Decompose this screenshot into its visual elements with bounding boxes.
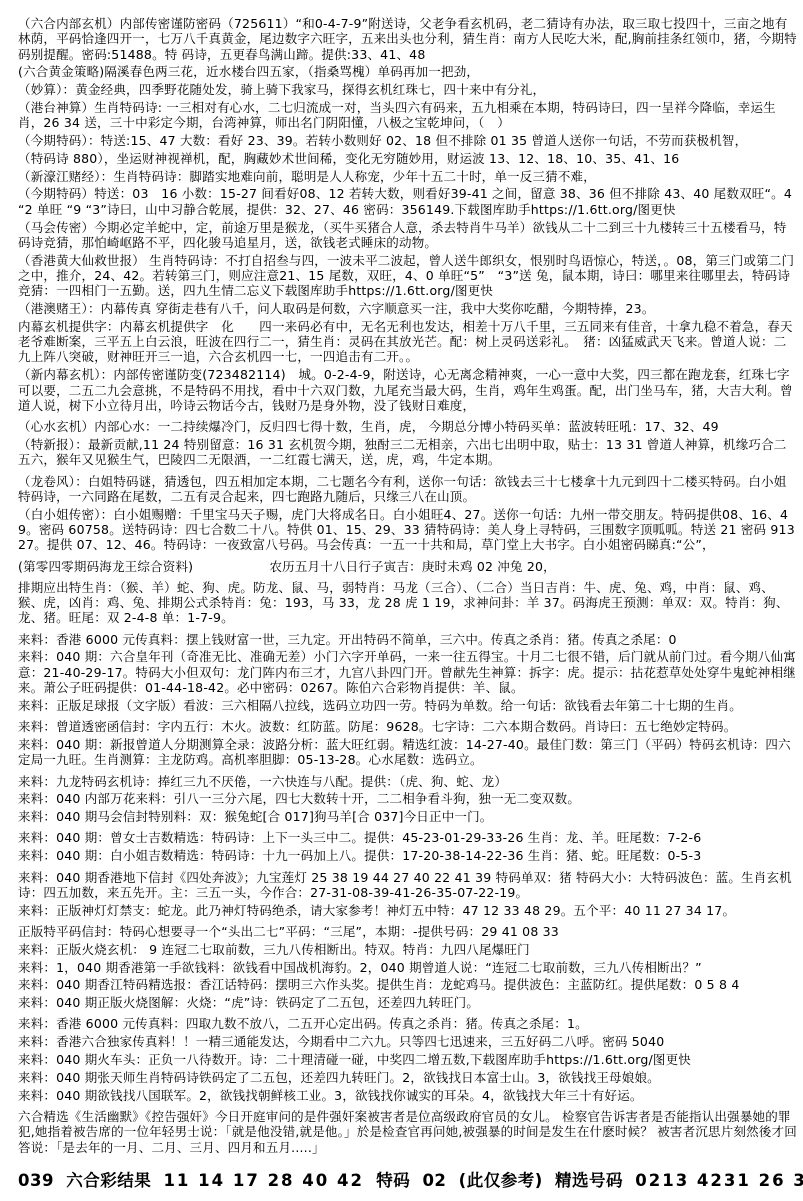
text-line: （特码诗 880），坐运财神视禅机，配，胸藏妙术世间稀，变化无穷随妙用，财运波 … bbox=[18, 151, 797, 166]
selected-numbers-label: 精选号码 bbox=[555, 1171, 623, 1190]
lottery-result-line: 039 六合彩结果 11 14 17 28 40 42 特码 02 (此仅参考)… bbox=[18, 1167, 797, 1191]
text-line: 来料：040 期张天师生肖特码诗铁码定了二五包，还差四九转旺门。2，欲钱找日本富… bbox=[18, 1070, 797, 1085]
text-line: (第零四零期码海龙王综合资料) 农历五月十八日行子寅吉：庚时未鸡 02 冲兔 2… bbox=[18, 559, 797, 574]
text-line: 来料：正版足球报（文字版）看波：三六相隔八拉线，选码立功四一劳。特码为单数。给一… bbox=[18, 698, 797, 713]
text-line: 内幕玄机提供字：内幕玄机提供字 化 四一来码必有中，无名无利也发达，相差十万八千… bbox=[18, 319, 797, 365]
result-label: 六合彩结果 bbox=[66, 1171, 151, 1190]
text-line: （心水玄机）内部心水：一二持续爆冷门，反归四七得十数，生肖，虎， 今期总分博小特… bbox=[18, 419, 797, 434]
special-number: 02 bbox=[422, 1171, 446, 1190]
reference-note: (此仅参考) bbox=[459, 1171, 543, 1190]
text-line: 来料：040 期香江特码精选报：香江话特码：摆明三六作头奖。提供生肖：龙蛇鸡马。… bbox=[18, 977, 797, 992]
text-line: 来料：曾道透密函信封：字内五行：木火。波数：红防蓝。防尾：9628。七字诗：二六… bbox=[18, 719, 797, 734]
text-line: 来料：1，040 期香港第一手欲钱料：欲钱看中国战机海豹。2，040 期曾道人说… bbox=[18, 960, 797, 975]
result-issue-number: 039 bbox=[18, 1171, 54, 1190]
text-line: 来料：040 期香港地下信封《四处奔波》；九宝莲灯 25 38 19 44 27… bbox=[18, 870, 797, 901]
text-line: 来料：正版火烧玄机： 9 连冠二七取前数，三九八传相断出。特双。特肖：九四八尾爆… bbox=[18, 942, 797, 957]
document-page: （六合内部玄机）内部传密谨防密码（725611）“和0-4-7-9”附送诗，父老… bbox=[0, 0, 803, 1201]
text-line: （新濠江赌经）：生肖特码诗：脚踏实地难向前，聪明是人人称宠，少年十五二十时，单一… bbox=[18, 169, 797, 184]
result-numbers: 11 14 17 28 40 42 bbox=[163, 1171, 364, 1190]
text-line: 来料：040 期：六合皇年刊（奇准无比、准确无差）小门六字开单码，一来一往五得宝… bbox=[18, 649, 797, 695]
text-line: （港澳赌王）：内幕传真 穿街走巷有八千，问人取码是何数，六字顺意买一注，我中大奖… bbox=[18, 301, 797, 316]
document-body: （六合内部玄机）内部传密谨防密码（725611）“和0-4-7-9”附送诗，父老… bbox=[18, 16, 797, 1155]
text-line: 来料：040 期：白小姐吉数精选：特码诗：十九一码加上八。提供：17-20-38… bbox=[18, 848, 797, 863]
text-line: （今期特码）：特送:15、47 大数：看好 23、39。若转小数则好 02、18… bbox=[18, 133, 797, 148]
text-line: 来料：040 期欲钱找八国联军。2，欲钱找朝鲜核工业。3，欲钱找你诚实的耳朵。4… bbox=[18, 1088, 797, 1103]
text-line: 来料：香港 6000 元传真料：四取九数不放八，二五开心定出码。传真之杀肖：猪。… bbox=[18, 1016, 797, 1031]
text-line: （港台神算）生肖特码诗: 一三相对有心水，二七归流成一对，当头四六有码来，五九相… bbox=[18, 100, 797, 131]
text-line: 排期应出特生肖：（猴、羊）蛇、狗、虎。防龙、鼠、马，弱特肖：马龙（三合）、（二合… bbox=[18, 580, 797, 626]
text-line: 来料：九龙特码玄机诗：捧红三九不厌倦，一六快连与八配。提供：（虎、狗、蛇、龙） bbox=[18, 774, 797, 789]
text-line: 来料：040 期正版火烧图解：火烧：“虎”诗：铁码定了二五包，还差四九转旺门。 bbox=[18, 995, 797, 1010]
text-line: 来料：正版神灯灯禁支：蛇龙。此乃神灯特码绝杀，请大家参考！神灯五中特：47 12… bbox=[18, 903, 797, 918]
text-line: （妙算）：黄金经典，四季野花随处发，骑上骑下我家马，探得玄机红珠七，四十来中有分… bbox=[18, 82, 797, 97]
text-line: 来料：香港 6000 元传真料：摆上钱财富一世，三九定。开出特码不简单，三六中。… bbox=[18, 632, 797, 647]
selected-numbers: 0213 4231 26 32 43 bbox=[635, 1171, 803, 1190]
special-number-label: 特码 bbox=[376, 1171, 410, 1190]
text-line: （马会传密）今期必定羊蛇中，定，前途万里是猴龙，（买牛买猪合人意，杀去特肖牛马羊… bbox=[18, 220, 797, 251]
text-line: 来料：040 期：新报曾道人分期测算全录：波路分析：蓝大旺红弱。精选红波：14-… bbox=[18, 737, 797, 768]
text-line: 来料：040 期：曾女士吉数精选：特码诗：上下一头三中二。提供：45-23-01… bbox=[18, 830, 797, 845]
text-line: 正版特平码信封：特码心想要寻一个“头出二七”平码：“三尾”，本期：-提供号码：2… bbox=[18, 924, 797, 939]
text-line: （新内幕玄机）：内部传密谨防变(723482114) 城。0-2-4-9，附送诗… bbox=[18, 367, 797, 413]
text-line: （白小姐传密）：白小姐赐赠：千里宝马天子赐，虎门大将成名日。白小姐旺4、27。送… bbox=[18, 507, 797, 553]
text-line: （今期特码）特送：03 16 小数：15-27 间看好08、12 若转大数，则看… bbox=[18, 186, 797, 217]
text-line: 来料：040 期火车头：正负一八待数开。诗：二十理清碰一碰，中奖四二增五数,下载… bbox=[18, 1052, 797, 1067]
text-line: （特新报）：最新贡献,11 24 特别留意：16 31 玄机贺今期，独酎三二无相… bbox=[18, 437, 797, 468]
text-line: 来料：040 期马会信封特别料：双：猴兔蛇[合 017]狗马羊[合 037]今日… bbox=[18, 809, 797, 824]
text-line: （龙卷风）：白姐特码谜，猜透包，四五相加定本期，二七题名今有利，送你一句话：欲钱… bbox=[18, 474, 797, 505]
text-line: 六合精选《生活幽默》《控告强奸》今日开庭审问的是件强奸案被害者是位高级政府官员的… bbox=[18, 1109, 797, 1155]
text-line: (六合黄金策略)隔溪春色两三花，近水楼台四五家，（指桑骂槐）单码再加一把劲， bbox=[18, 64, 797, 79]
text-line: （香港黄大仙救世报） 生肖特码诗：不打自招叁与四，一波未平二波起，曾人送牛郎织女… bbox=[18, 253, 797, 299]
text-line: 来料：040 内部万花来料：引八一三分六尾，四七大数转十开，二二相争看斗狗，独一… bbox=[18, 791, 797, 806]
text-line: （六合内部玄机）内部传密谨防密码（725611）“和0-4-7-9”附送诗，父老… bbox=[18, 16, 797, 62]
text-line: 来料：香港六合独家传真料！！一精三通能发达，今期看中二六九。只等四七迅速来，三五… bbox=[18, 1034, 797, 1049]
